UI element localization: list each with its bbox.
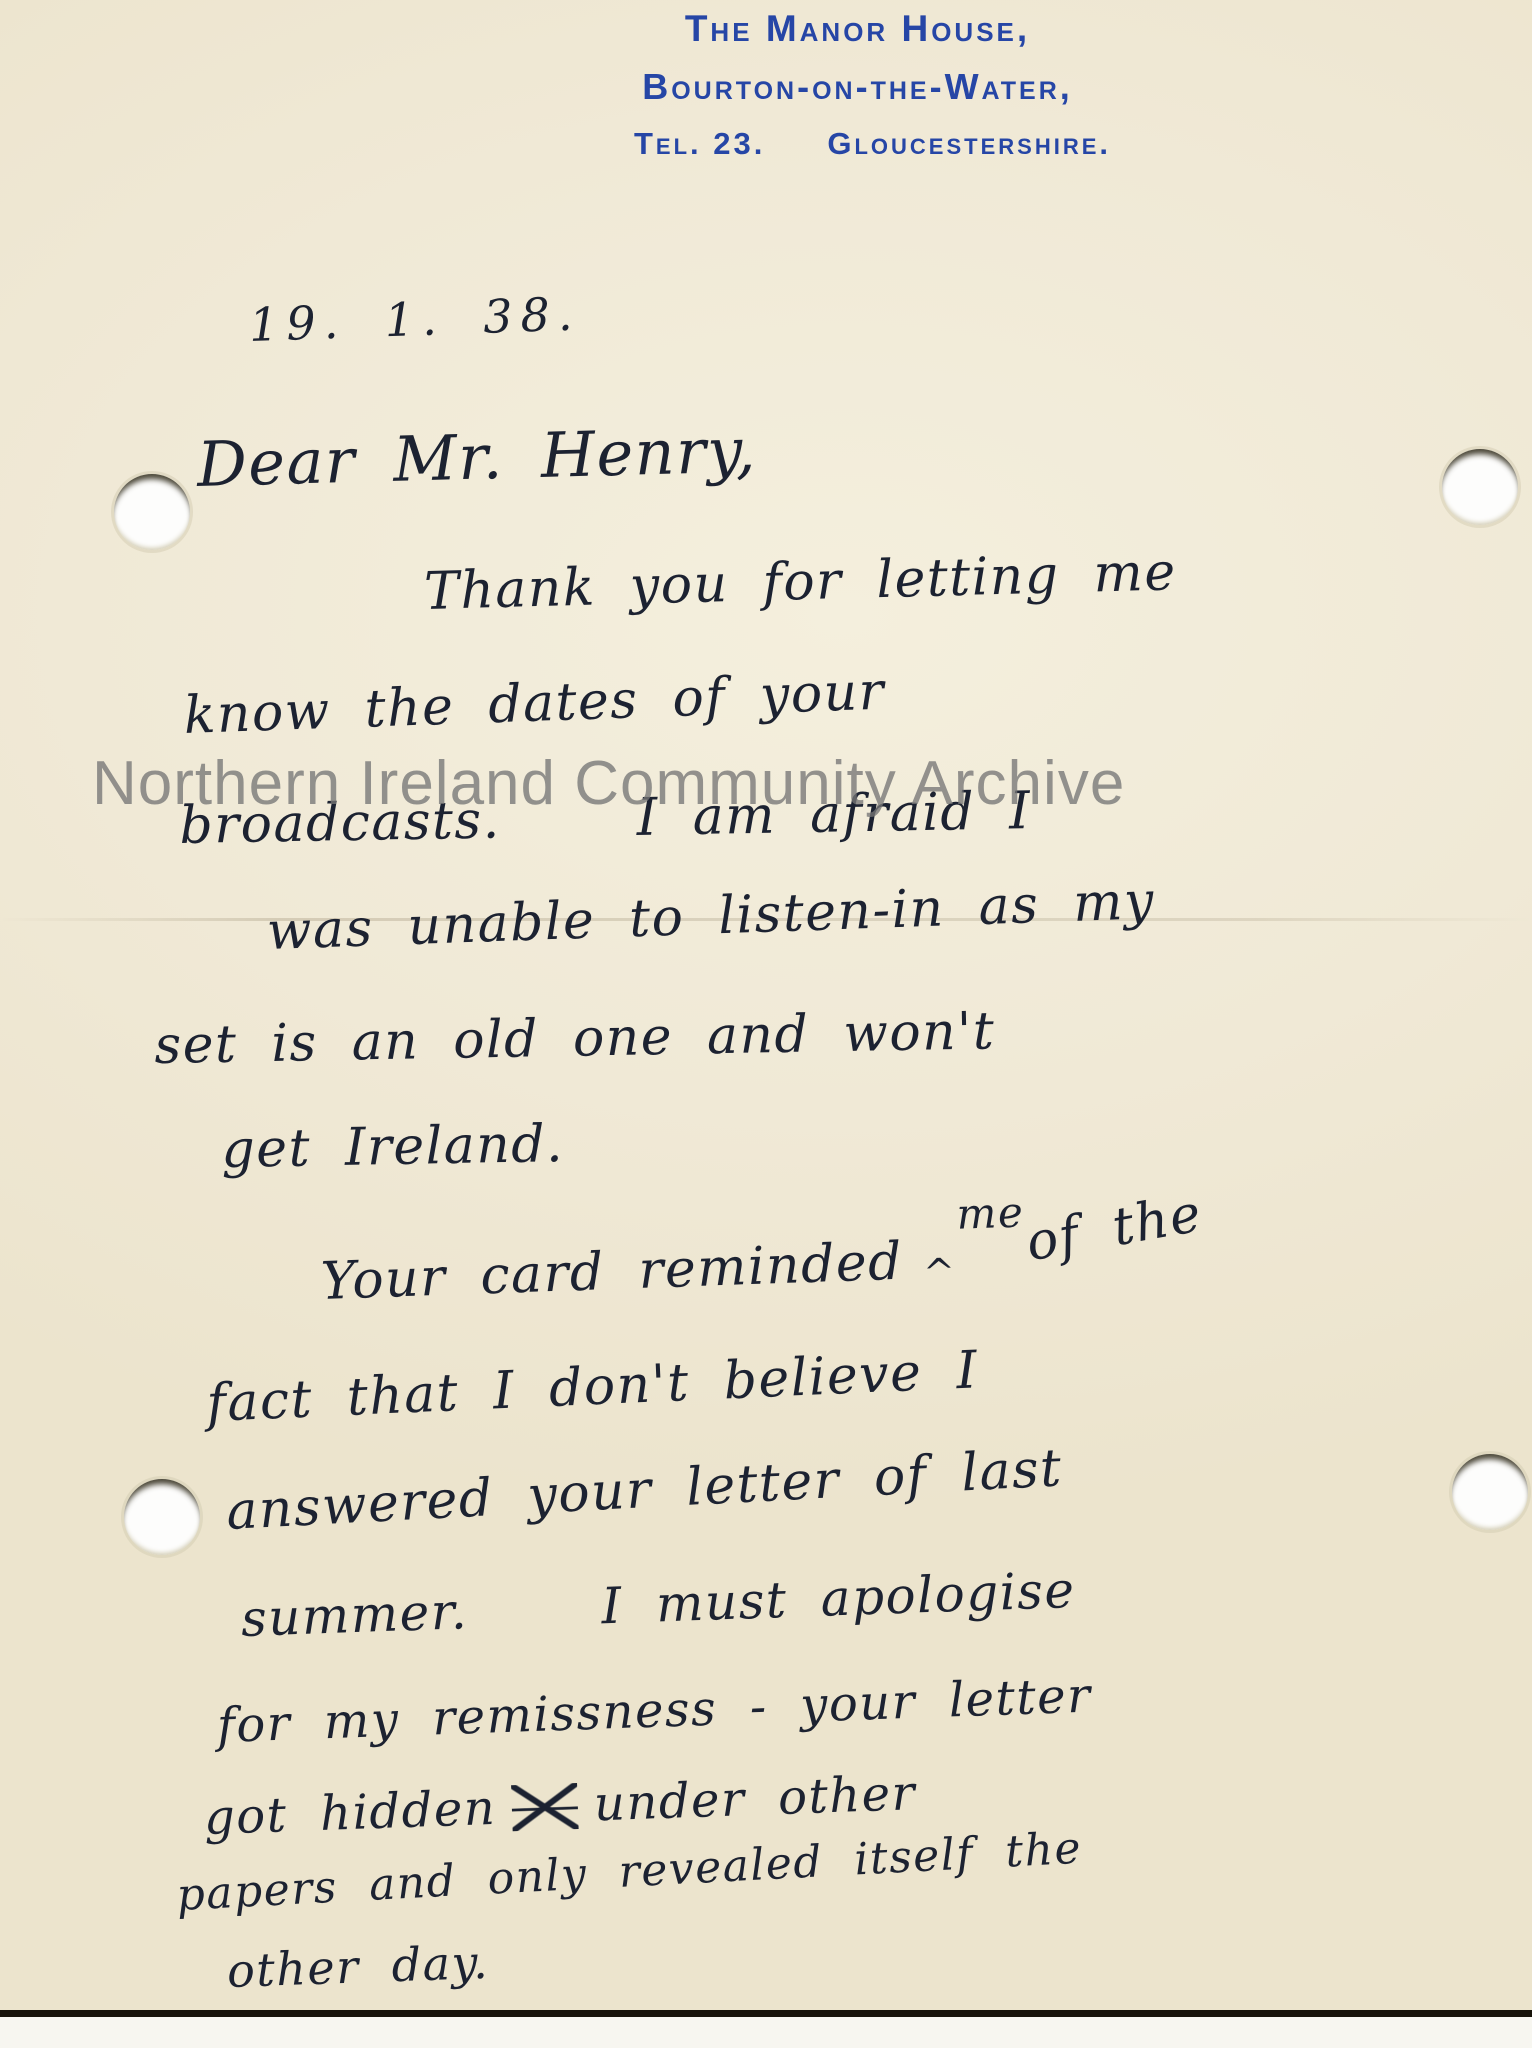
letter-salutation: Dear Mr. Henry, <box>196 413 757 501</box>
handwriting-line-with-strikeout: got hiddenunder other <box>203 1765 917 1846</box>
handwriting-line: know the dates of your <box>183 662 886 746</box>
line-text-post: of the <box>1022 1183 1207 1273</box>
scan-page-edge <box>0 2010 1532 2048</box>
letter-page: The Manor House, Bourton-on-the-Water, T… <box>0 0 1532 2048</box>
handwriting-line-with-insertion: Your card reminded^meof the <box>320 1221 1212 1312</box>
strikethrough-scribble <box>511 1783 579 1831</box>
punch-hole-bottom-left <box>124 1479 200 1555</box>
insertion-caret: ^ <box>922 1250 957 1295</box>
handwriting-line: set is an old one and won't <box>154 1001 996 1076</box>
letterhead-telephone: Tel. 23. <box>634 126 765 162</box>
archive-watermark: Northern Ireland Community Archive <box>92 748 1125 819</box>
punch-hole-top-right <box>1442 449 1518 525</box>
line-text-pre: Your card reminded <box>320 1232 904 1312</box>
letterhead-contact-row: Tel. 23. Gloucestershire. <box>600 126 1115 162</box>
letterhead-town: Bourton-on-the-Water, <box>600 66 1115 108</box>
letterhead: The Manor House, Bourton-on-the-Water, T… <box>600 8 1115 162</box>
handwriting-line: summer. I must apologise <box>240 1561 1076 1648</box>
letter-date: 19. 1. 38. <box>248 286 581 352</box>
punch-hole-top-left <box>114 474 190 550</box>
letterhead-county: Gloucestershire. <box>827 126 1111 162</box>
handwriting-line: for my remissness - your letter <box>216 1668 1092 1754</box>
handwriting-line: other day. <box>226 1935 490 1998</box>
handwriting-line: Thank you for letting me <box>423 542 1177 622</box>
punch-hole-bottom-right <box>1452 1454 1528 1530</box>
handwriting-line: get Ireland. <box>221 1114 565 1180</box>
handwriting-line: fact that I don't believe I <box>205 1340 979 1434</box>
line-text-post: under other <box>593 1765 917 1832</box>
line-text-pre: got hidden <box>203 1780 497 1846</box>
inserted-word: me <box>956 1187 1025 1238</box>
letterhead-house-name: The Manor House, <box>600 8 1115 50</box>
handwriting-line: was unable to listen-in as my <box>266 871 1156 962</box>
handwriting-line: answered your letter of last <box>225 1438 1064 1542</box>
